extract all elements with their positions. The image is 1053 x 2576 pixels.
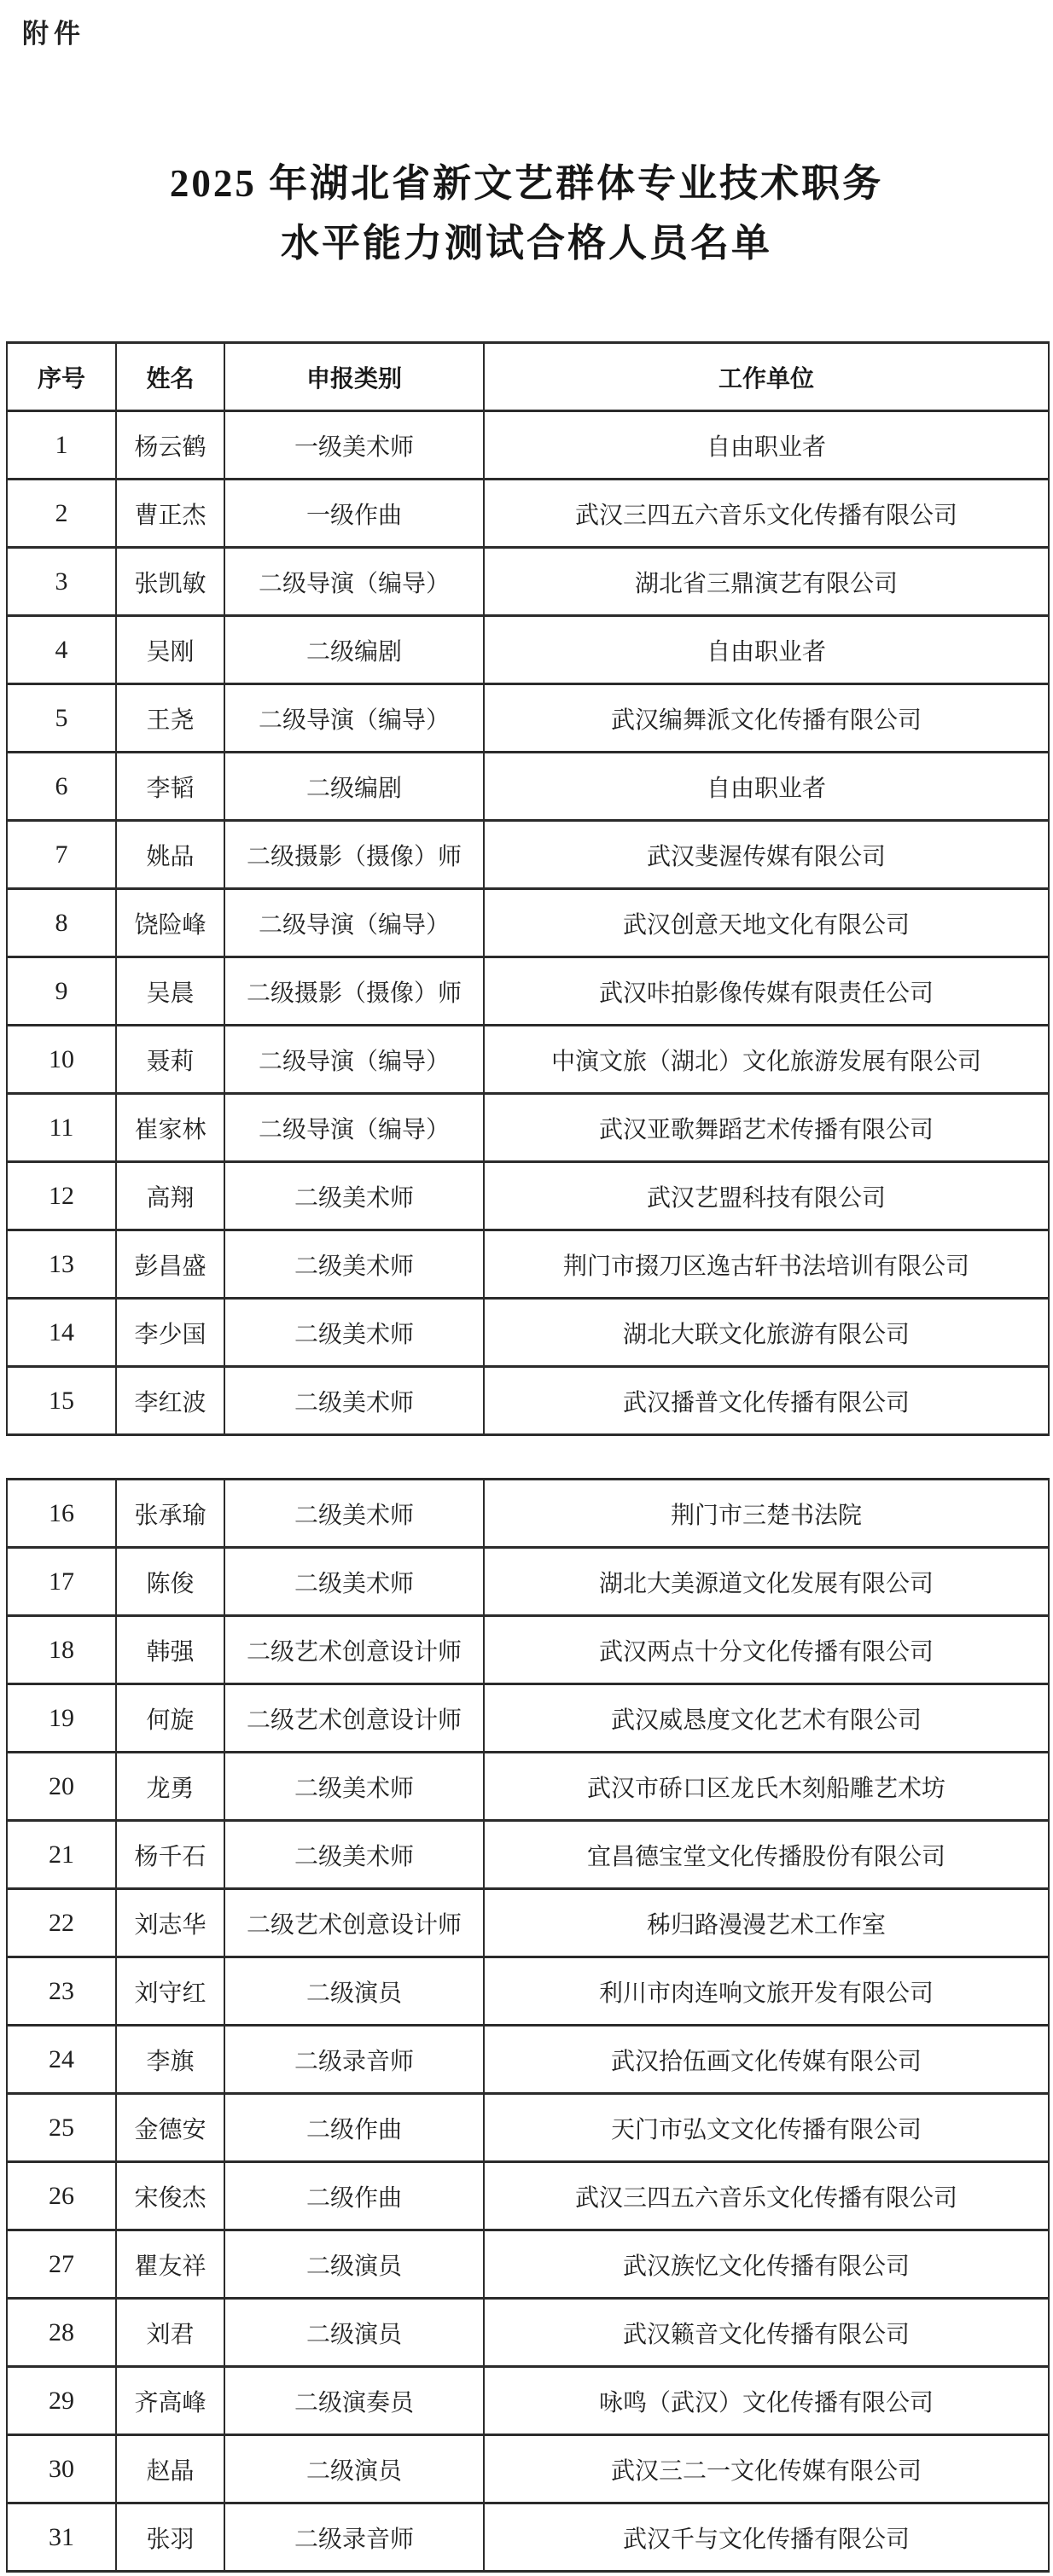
name-cell: 李红波	[116, 1367, 224, 1435]
table-row: 6李韬二级编剧自由职业者	[7, 753, 1049, 821]
table-row: 10聂莉二级导演（编导）中演文旅（湖北）文化旅游发展有限公司	[7, 1026, 1049, 1094]
serial-cell: 1	[7, 411, 116, 480]
name-cell: 饶险峰	[116, 889, 224, 957]
serial-cell: 13	[7, 1230, 116, 1299]
serial-cell: 2	[7, 480, 116, 548]
serial-cell: 14	[7, 1299, 116, 1367]
name-cell: 陈俊	[116, 1548, 224, 1616]
employer-cell: 中演文旅（湖北）文化旅游发展有限公司	[484, 1026, 1049, 1094]
roster-rows-1-15: 1杨云鹤一级美术师自由职业者2曹正杰一级作曲武汉三四五六音乐文化传播有限公司3张…	[7, 411, 1049, 1435]
table-row: 5王尧二级导演（编导）武汉编舞派文化传播有限公司	[7, 684, 1049, 753]
category-cell: 二级美术师	[224, 1821, 484, 1889]
serial-cell: 23	[7, 1957, 116, 2026]
employer-cell: 武汉籁音文化传播有限公司	[484, 2299, 1049, 2367]
category-cell: 二级美术师	[224, 1299, 484, 1367]
employer-cell: 武汉咔拍影像传媒有限责任公司	[484, 957, 1049, 1026]
name-cell: 刘志华	[116, 1889, 224, 1957]
table-row: 14李少国二级美术师湖北大联文化旅游有限公司	[7, 1299, 1049, 1367]
serial-cell: 22	[7, 1889, 116, 1957]
table-row: 3张凯敏二级导演（编导）湖北省三鼎演艺有限公司	[7, 548, 1049, 616]
employer-cell: 武汉两点十分文化传播有限公司	[484, 1616, 1049, 1684]
name-cell: 李韬	[116, 753, 224, 821]
table-row: 2曹正杰一级作曲武汉三四五六音乐文化传播有限公司	[7, 480, 1049, 548]
serial-cell: 27	[7, 2230, 116, 2299]
category-cell: 二级美术师	[224, 1230, 484, 1299]
table-row: 31张羽二级录音师武汉千与文化传播有限公司	[7, 2503, 1049, 2572]
employer-cell: 武汉艺盟科技有限公司	[484, 1162, 1049, 1230]
roster-rows-16-31: 16张承瑜二级美术师荆门市三楚书法院17陈俊二级美术师湖北大美源道文化发展有限公…	[7, 1480, 1049, 2572]
category-cell: 二级导演（编导）	[224, 889, 484, 957]
category-cell: 二级作曲	[224, 2094, 484, 2162]
employer-cell: 荆门市三楚书法院	[484, 1480, 1049, 1548]
document-title-line2: 水平能力测试合格人员名单	[0, 212, 1053, 267]
name-cell: 刘君	[116, 2299, 224, 2367]
name-cell: 崔家林	[116, 1094, 224, 1162]
table-row: 21杨千石二级美术师宜昌德宝堂文化传播股份有限公司	[7, 1821, 1049, 1889]
table-row: 15李红波二级美术师武汉播普文化传播有限公司	[7, 1367, 1049, 1435]
employer-cell: 秭归路漫漫艺术工作室	[484, 1889, 1049, 1957]
name-cell: 李旗	[116, 2026, 224, 2094]
category-cell: 一级美术师	[224, 411, 484, 480]
serial-cell: 18	[7, 1616, 116, 1684]
category-cell: 二级编剧	[224, 753, 484, 821]
name-cell: 杨千石	[116, 1821, 224, 1889]
serial-cell: 3	[7, 548, 116, 616]
category-cell: 二级摄影（摄像）师	[224, 957, 484, 1026]
table-row: 19何旋二级艺术创意设计师武汉威恳度文化艺术有限公司	[7, 1684, 1049, 1753]
employer-cell: 自由职业者	[484, 753, 1049, 821]
employer-cell: 湖北大联文化旅游有限公司	[484, 1299, 1049, 1367]
table-row: 26宋俊杰二级作曲武汉三四五六音乐文化传播有限公司	[7, 2162, 1049, 2230]
roster-table-page1: 序号 姓名 申报类别 工作单位 1杨云鹤一级美术师自由职业者2曹正杰一级作曲武汉…	[6, 341, 1050, 1436]
category-cell: 二级演奏员	[224, 2367, 484, 2435]
employer-cell: 天门市弘文文化传播有限公司	[484, 2094, 1049, 2162]
employer-cell: 武汉千与文化传播有限公司	[484, 2503, 1049, 2572]
employer-cell: 自由职业者	[484, 411, 1049, 480]
category-cell: 二级导演（编导）	[224, 548, 484, 616]
table-row: 8饶险峰二级导演（编导）武汉创意天地文化有限公司	[7, 889, 1049, 957]
serial-cell: 24	[7, 2026, 116, 2094]
name-cell: 金德安	[116, 2094, 224, 2162]
table-row: 30赵晶二级演员武汉三二一文化传媒有限公司	[7, 2435, 1049, 2503]
table-row: 29齐高峰二级演奏员咏鸣（武汉）文化传播有限公司	[7, 2367, 1049, 2435]
table-row: 12高翔二级美术师武汉艺盟科技有限公司	[7, 1162, 1049, 1230]
category-cell: 二级艺术创意设计师	[224, 1889, 484, 1957]
table-row: 11崔家林二级导演（编导）武汉亚歌舞蹈艺术传播有限公司	[7, 1094, 1049, 1162]
table-row: 9吴晨二级摄影（摄像）师武汉咔拍影像传媒有限责任公司	[7, 957, 1049, 1026]
serial-cell: 28	[7, 2299, 116, 2367]
serial-cell: 7	[7, 821, 116, 889]
table-row: 1杨云鹤一级美术师自由职业者	[7, 411, 1049, 480]
employer-cell: 自由职业者	[484, 616, 1049, 684]
serial-cell: 26	[7, 2162, 116, 2230]
employer-cell: 武汉威恳度文化艺术有限公司	[484, 1684, 1049, 1753]
category-cell: 二级摄影（摄像）师	[224, 821, 484, 889]
employer-cell: 武汉市硚口区龙氏木刻船雕艺术坊	[484, 1753, 1049, 1821]
table-row: 13彭昌盛二级美术师荆门市掇刀区逸古轩书法培训有限公司	[7, 1230, 1049, 1299]
table-row: 7姚品二级摄影（摄像）师武汉斐渥传媒有限公司	[7, 821, 1049, 889]
employer-cell: 武汉斐渥传媒有限公司	[484, 821, 1049, 889]
employer-cell: 利川市肉连响文旅开发有限公司	[484, 1957, 1049, 2026]
serial-cell: 16	[7, 1480, 116, 1548]
category-cell: 二级美术师	[224, 1367, 484, 1435]
employer-cell: 武汉族忆文化传播有限公司	[484, 2230, 1049, 2299]
serial-cell: 11	[7, 1094, 116, 1162]
serial-cell: 5	[7, 684, 116, 753]
serial-cell: 20	[7, 1753, 116, 1821]
serial-cell: 29	[7, 2367, 116, 2435]
category-cell: 二级美术师	[224, 1480, 484, 1548]
category-cell: 二级导演（编导）	[224, 1094, 484, 1162]
name-cell: 宋俊杰	[116, 2162, 224, 2230]
serial-cell: 30	[7, 2435, 116, 2503]
name-cell: 齐高峰	[116, 2367, 224, 2435]
name-cell: 张承瑜	[116, 1480, 224, 1548]
document-title-line1: 2025 年湖北省新文艺群体专业技术职务	[0, 152, 1053, 207]
table-row: 22刘志华二级艺术创意设计师秭归路漫漫艺术工作室	[7, 1889, 1049, 1957]
employer-cell: 湖北大美源道文化发展有限公司	[484, 1548, 1049, 1616]
name-cell: 赵晶	[116, 2435, 224, 2503]
serial-cell: 6	[7, 753, 116, 821]
name-cell: 王尧	[116, 684, 224, 753]
category-cell: 二级录音师	[224, 2503, 484, 2572]
attachment-label: 附件	[22, 12, 85, 50]
name-cell: 韩强	[116, 1616, 224, 1684]
name-cell: 何旋	[116, 1684, 224, 1753]
serial-cell: 15	[7, 1367, 116, 1435]
header-employer: 工作单位	[484, 343, 1049, 411]
table-row: 28刘君二级演员武汉籁音文化传播有限公司	[7, 2299, 1049, 2367]
name-cell: 张凯敏	[116, 548, 224, 616]
table-row: 23刘守红二级演员利川市肉连响文旅开发有限公司	[7, 1957, 1049, 2026]
category-cell: 二级导演（编导）	[224, 684, 484, 753]
serial-cell: 8	[7, 889, 116, 957]
header-serial: 序号	[7, 343, 116, 411]
roster-table-page2: 16张承瑜二级美术师荆门市三楚书法院17陈俊二级美术师湖北大美源道文化发展有限公…	[6, 1478, 1050, 2573]
table-row: 25金德安二级作曲天门市弘文文化传播有限公司	[7, 2094, 1049, 2162]
employer-cell: 咏鸣（武汉）文化传播有限公司	[484, 2367, 1049, 2435]
employer-cell: 武汉编舞派文化传播有限公司	[484, 684, 1049, 753]
serial-cell: 17	[7, 1548, 116, 1616]
name-cell: 吴晨	[116, 957, 224, 1026]
header-row: 序号 姓名 申报类别 工作单位	[7, 343, 1049, 411]
serial-cell: 10	[7, 1026, 116, 1094]
category-cell: 二级演员	[224, 2230, 484, 2299]
serial-cell: 4	[7, 616, 116, 684]
serial-cell: 19	[7, 1684, 116, 1753]
employer-cell: 荆门市掇刀区逸古轩书法培训有限公司	[484, 1230, 1049, 1299]
employer-cell: 武汉拾伍画文化传媒有限公司	[484, 2026, 1049, 2094]
serial-cell: 12	[7, 1162, 116, 1230]
name-cell: 高翔	[116, 1162, 224, 1230]
employer-cell: 武汉创意天地文化有限公司	[484, 889, 1049, 957]
name-cell: 瞿友祥	[116, 2230, 224, 2299]
category-cell: 二级美术师	[224, 1548, 484, 1616]
name-cell: 龙勇	[116, 1753, 224, 1821]
category-cell: 二级演员	[224, 2435, 484, 2503]
employer-cell: 武汉播普文化传播有限公司	[484, 1367, 1049, 1435]
name-cell: 刘守红	[116, 1957, 224, 2026]
category-cell: 二级艺术创意设计师	[224, 1616, 484, 1684]
employer-cell: 宜昌德宝堂文化传播股份有限公司	[484, 1821, 1049, 1889]
header-name: 姓名	[116, 343, 224, 411]
category-cell: 二级艺术创意设计师	[224, 1684, 484, 1753]
table-row: 17陈俊二级美术师湖北大美源道文化发展有限公司	[7, 1548, 1049, 1616]
category-cell: 二级演员	[224, 2299, 484, 2367]
employer-cell: 武汉三四五六音乐文化传播有限公司	[484, 2162, 1049, 2230]
category-cell: 一级作曲	[224, 480, 484, 548]
table-row: 16张承瑜二级美术师荆门市三楚书法院	[7, 1480, 1049, 1548]
name-cell: 曹正杰	[116, 480, 224, 548]
name-cell: 吴刚	[116, 616, 224, 684]
table-row: 18韩强二级艺术创意设计师武汉两点十分文化传播有限公司	[7, 1616, 1049, 1684]
header-category: 申报类别	[224, 343, 484, 411]
employer-cell: 武汉亚歌舞蹈艺术传播有限公司	[484, 1094, 1049, 1162]
category-cell: 二级美术师	[224, 1162, 484, 1230]
employer-cell: 湖北省三鼎演艺有限公司	[484, 548, 1049, 616]
name-cell: 聂莉	[116, 1026, 224, 1094]
table-row: 4吴刚二级编剧自由职业者	[7, 616, 1049, 684]
name-cell: 姚品	[116, 821, 224, 889]
table-row: 27瞿友祥二级演员武汉族忆文化传播有限公司	[7, 2230, 1049, 2299]
category-cell: 二级作曲	[224, 2162, 484, 2230]
name-cell: 李少国	[116, 1299, 224, 1367]
serial-cell: 25	[7, 2094, 116, 2162]
employer-cell: 武汉三四五六音乐文化传播有限公司	[484, 480, 1049, 548]
table-row: 20龙勇二级美术师武汉市硚口区龙氏木刻船雕艺术坊	[7, 1753, 1049, 1821]
category-cell: 二级演员	[224, 1957, 484, 2026]
category-cell: 二级编剧	[224, 616, 484, 684]
category-cell: 二级录音师	[224, 2026, 484, 2094]
category-cell: 二级导演（编导）	[224, 1026, 484, 1094]
serial-cell: 31	[7, 2503, 116, 2572]
serial-cell: 21	[7, 1821, 116, 1889]
table-row: 24李旗二级录音师武汉拾伍画文化传媒有限公司	[7, 2026, 1049, 2094]
name-cell: 彭昌盛	[116, 1230, 224, 1299]
serial-cell: 9	[7, 957, 116, 1026]
category-cell: 二级美术师	[224, 1753, 484, 1821]
name-cell: 张羽	[116, 2503, 224, 2572]
employer-cell: 武汉三二一文化传媒有限公司	[484, 2435, 1049, 2503]
name-cell: 杨云鹤	[116, 411, 224, 480]
